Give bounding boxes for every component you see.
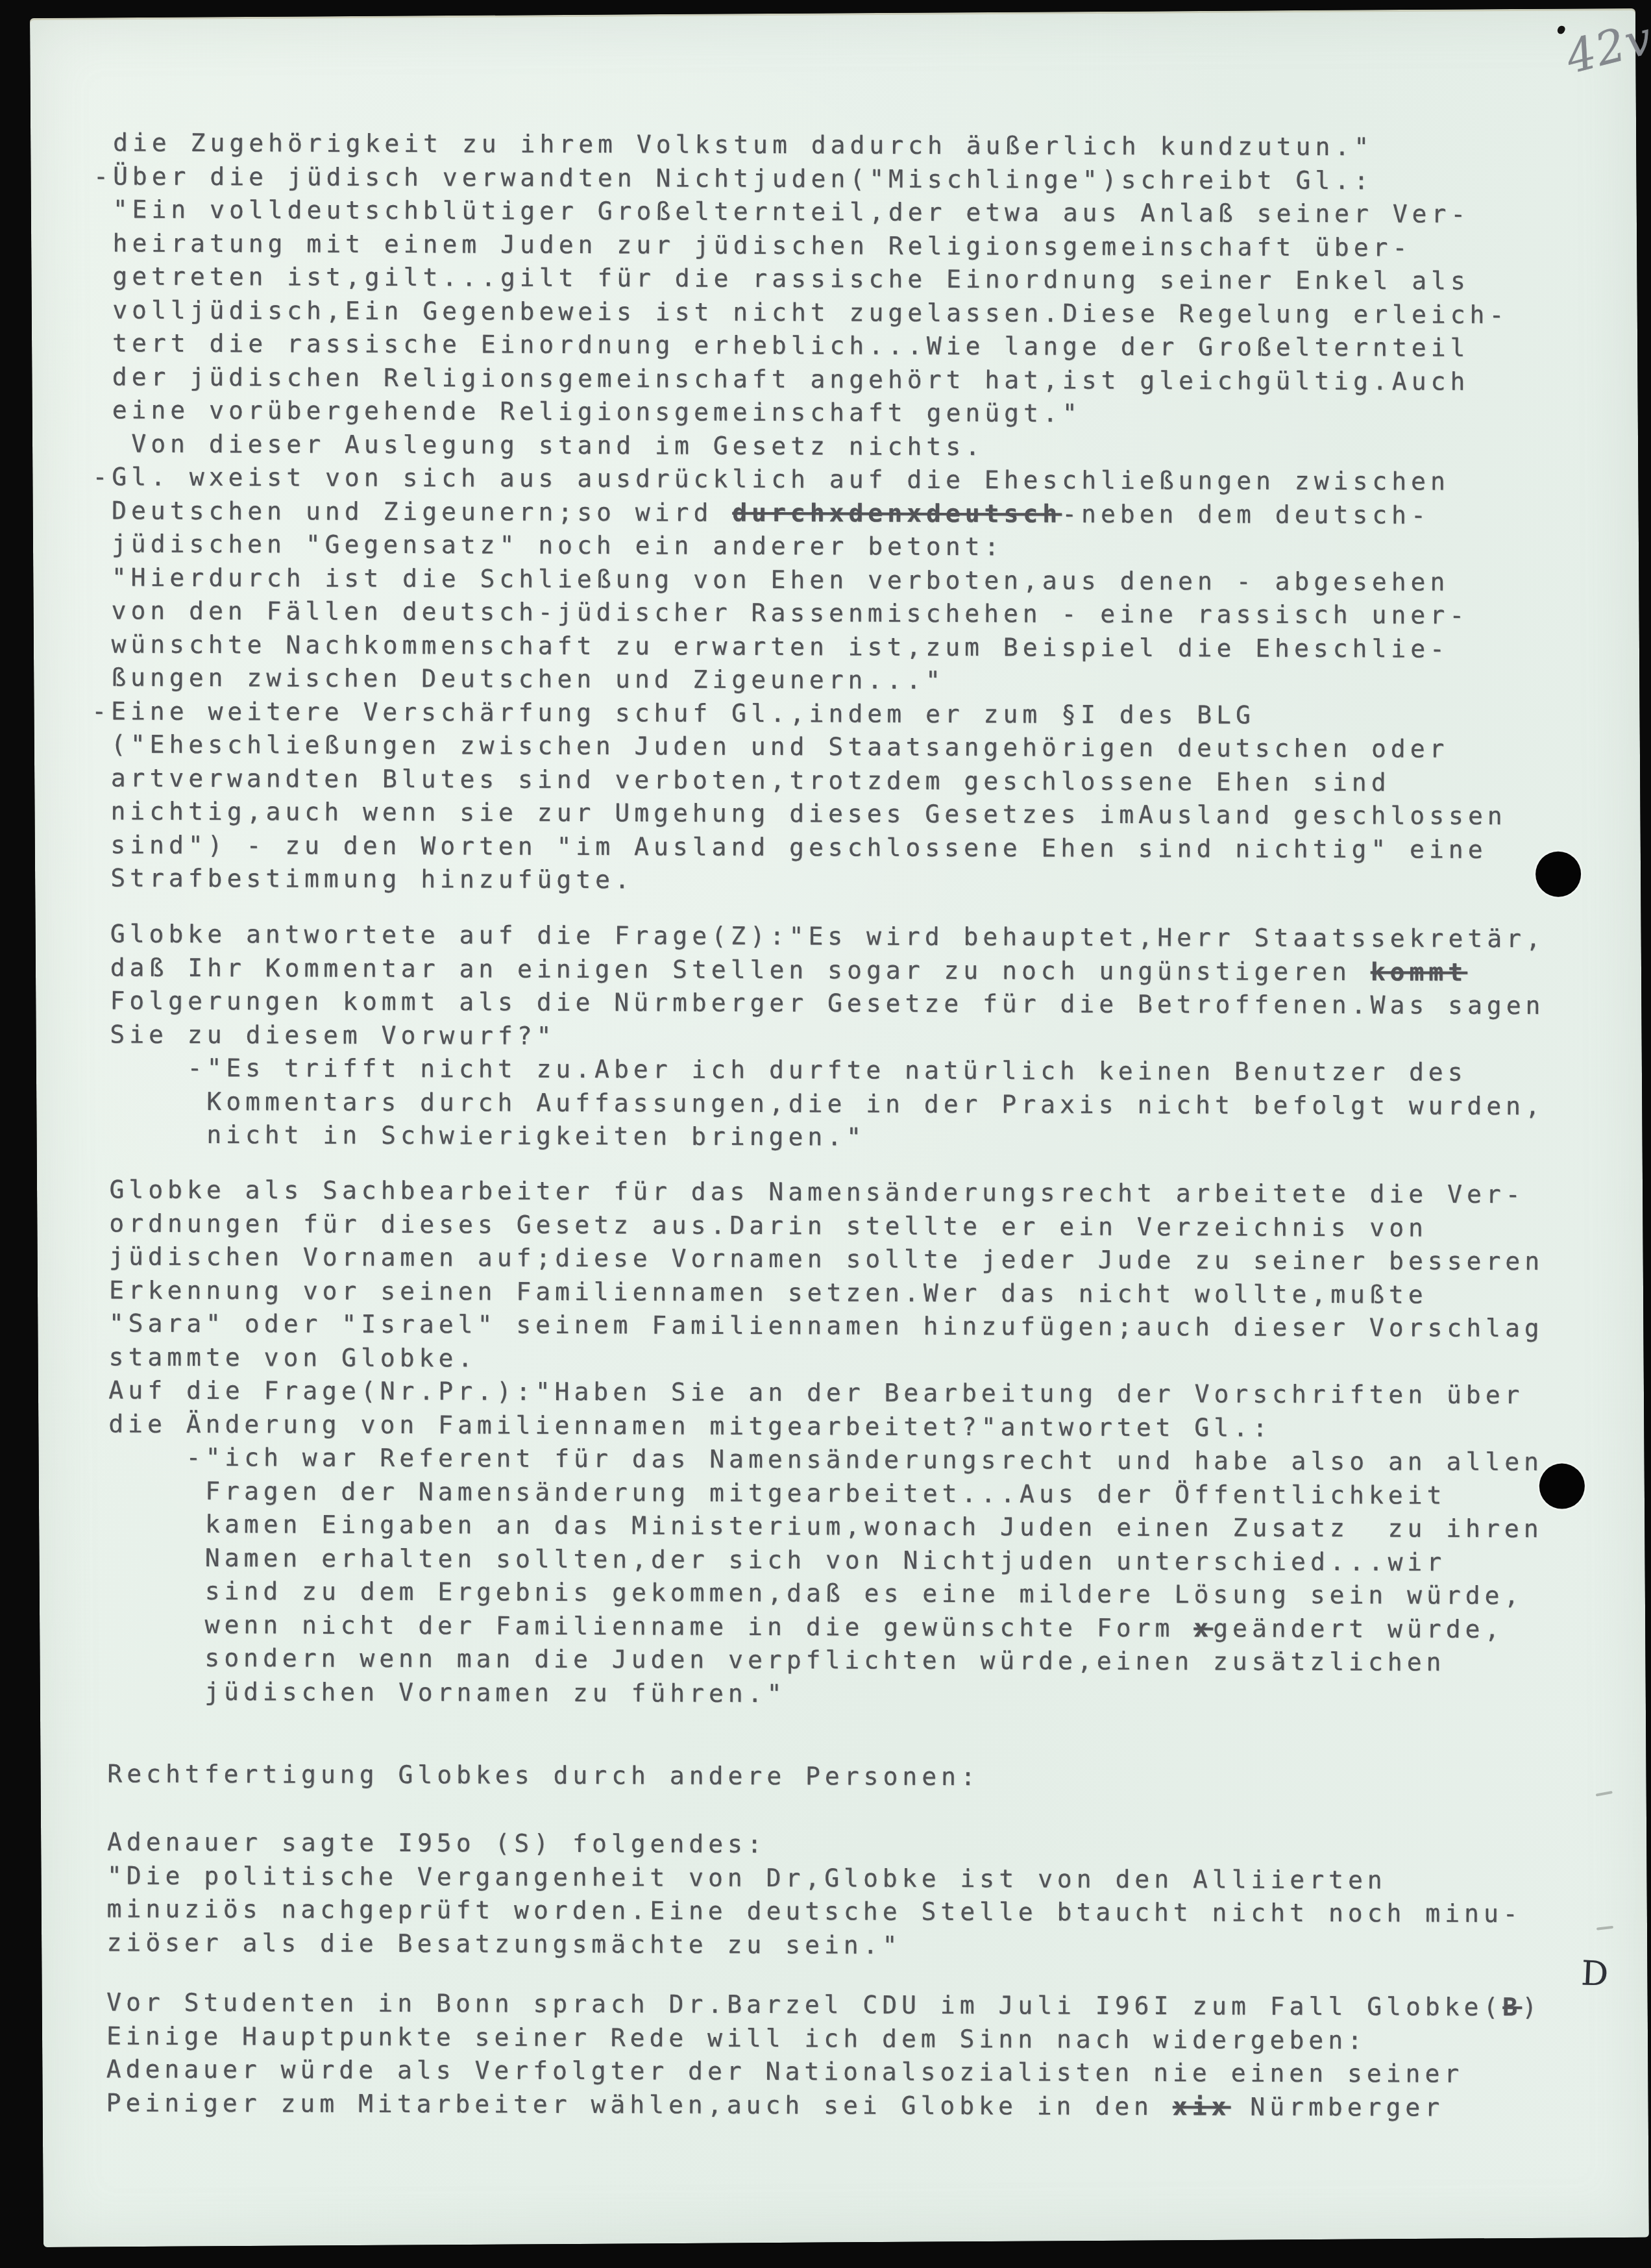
section-heading: Rechtfertigung Globkes durch andere Pers… — [88, 1757, 980, 1793]
typed-text: -"Es trifft nicht zu.Aber ich durfte nat… — [90, 1053, 1467, 1086]
typed-text: Strafbestimmung hinzufügte. — [91, 863, 634, 894]
typed-text: ) — [1522, 1993, 1541, 2021]
typed-line: die Zugehörigkeit zu ihrem Volkstum dadu… — [93, 126, 1509, 164]
typed-line: die Änderung von Familiennamen mitgearbe… — [89, 1407, 1543, 1446]
typed-text: jüdischen Vornamen auf;diese Vornamen so… — [90, 1242, 1544, 1276]
typed-line: jüdischen "Gegensatz" noch ein anderer b… — [92, 527, 1508, 565]
typed-line: Strafbestimmung hinzufügte. — [91, 861, 1506, 900]
struck-text: B — [1502, 1993, 1522, 2021]
punch-hole — [1535, 851, 1581, 896]
typed-line: Adenauer sagte I95o (S) folgendes: — [88, 1825, 1523, 1864]
typed-text: volljüdisch,Ein Gegenbeweis ist nicht zu… — [93, 295, 1508, 329]
typed-line: sind") - zu den Worten "im Ausland gesch… — [91, 828, 1506, 867]
typed-text: geändert würde, — [1213, 1614, 1504, 1644]
typed-line: Fragen der Namensänderung mitgearbeitet.… — [89, 1474, 1543, 1512]
typed-line: tert die rassische Einordnung erheblich.… — [93, 327, 1508, 365]
typed-text: kamen Eingaben an das Ministerium,wonach… — [89, 1509, 1543, 1543]
typed-text: Deutschen und Zigeunern;so wird — [92, 496, 732, 526]
typed-line: volljüdisch,Ein Gegenbeweis ist nicht zu… — [93, 293, 1508, 332]
struck-text: xix — [1173, 2092, 1231, 2121]
typed-line: -"Es trifft nicht zu.Aber ich durfte nat… — [90, 1051, 1545, 1089]
typed-line: jüdischen Vornamen zu führen." — [88, 1675, 1543, 1713]
typed-text: ordnungen für dieses Gesetz aus.Darin st… — [90, 1209, 1428, 1242]
typed-text: Globke als Sachbearbeiter für das Namens… — [90, 1175, 1525, 1209]
typed-line: "Sara" oder "Israel" seinem Familienname… — [90, 1307, 1544, 1345]
typed-line: stammte von Globke. — [90, 1340, 1544, 1379]
typed-line: sondern wenn man die Juden verpflichten … — [88, 1641, 1543, 1679]
typed-text: Fragen der Namensänderung mitgearbeitet.… — [89, 1476, 1447, 1509]
typed-line: Peiniger zum Mitarbeiter wählen,auch sei… — [87, 2086, 1541, 2125]
typed-line: Kommentars durch Auffassungen,die in der… — [90, 1085, 1545, 1123]
typed-text: der jüdischen Religionsgemeinschaft ange… — [93, 362, 1469, 395]
typed-text: Von dieser Auslegung stand im Gesetz nic… — [93, 429, 985, 461]
typed-line: sind zu dem Ergebnis gekommen,daß es ein… — [88, 1574, 1543, 1612]
handwritten-correction-d: D — [1580, 1954, 1609, 1994]
typed-line: minuziös nachgeprüft worden.Eine deutsch… — [88, 1892, 1523, 1930]
typed-text: jüdischen "Gegensatz" noch ein anderer b… — [92, 529, 1003, 561]
typed-text: "Die politische Vergangenheit von Dr,Glo… — [88, 1861, 1387, 1894]
typed-line: von den Fällen deutsch-jüdischer Rassenm… — [92, 594, 1508, 632]
typed-line: Folgerungen kommt als die Nürmberger Ges… — [91, 984, 1545, 1022]
typed-text: von den Fällen deutsch-jüdischer Rassenm… — [92, 596, 1469, 629]
punch-hole — [1539, 1463, 1585, 1509]
struck-text: durchxdenxdeutsch — [732, 498, 1062, 528]
typed-text: Rechtfertigung Globkes durch andere Pers… — [88, 1759, 980, 1791]
typed-line: nicht in Schwierigkeiten bringen." — [90, 1118, 1545, 1156]
typed-line: -Über die jüdisch verwandten Nichtjuden(… — [93, 160, 1509, 198]
typed-line: -"ich war Referent für das Namensänderun… — [89, 1440, 1543, 1479]
typed-text: -"ich war Referent für das Namensänderun… — [89, 1442, 1543, 1476]
struck-text: kommt — [1371, 957, 1468, 987]
typed-line: jüdischen Vornamen auf;diese Vornamen so… — [90, 1240, 1544, 1278]
typed-text: ("Eheschließungen zwischen Juden und Sta… — [92, 730, 1449, 763]
scan-background: 42v die Zugehörigkeit zu ihrem Volkstum … — [0, 0, 1651, 2268]
typed-line: -Eine weitere Verschärfung schuf Gl.,ind… — [92, 695, 1507, 733]
typed-text: sondern wenn man die Juden verpflichten … — [88, 1643, 1446, 1676]
typed-text: sind zu dem Ergebnis gekommen,daß es ein… — [88, 1576, 1523, 1610]
typed-text: Globke antwortete auf die Frage(Z):"Es w… — [91, 919, 1545, 953]
paragraph-nuremberg-commentary: die Zugehörigkeit zu ihrem Volkstum dadu… — [91, 126, 1509, 900]
typewritten-text-layer: die Zugehörigkeit zu ihrem Volkstum dadu… — [86, 18, 1637, 2252]
typed-line: eine vorübergehende Religionsgemeinschaf… — [93, 393, 1508, 432]
struck-text: x — [1193, 1614, 1213, 1642]
typed-line: daß Ihr Kommentar an einigen Stellen sog… — [91, 951, 1545, 989]
typed-text: Vor Studenten in Bonn sprach Dr.Barzel C… — [87, 1988, 1502, 2021]
typed-text: minuziös nachgeprüft worden.Eine deutsch… — [88, 1894, 1523, 1928]
typed-line: -Gl. wxeist von sich aus ausdrücklich au… — [92, 460, 1508, 499]
typed-text: die Änderung von Familiennamen mitgearbe… — [89, 1409, 1272, 1442]
typed-line: Adenauer würde als Verfolgter der Nation… — [87, 2052, 1541, 2091]
typed-line: kamen Eingaben an das Ministerium,wonach… — [89, 1507, 1543, 1546]
typed-line: "Hierdurch ist die Schließung von Ehen v… — [92, 561, 1508, 599]
typed-text: Adenauer würde als Verfolgter der Nation… — [87, 2054, 1463, 2088]
typed-line: Auf die Frage(Nr.Pr.):"Haben Sie an der … — [89, 1374, 1543, 1412]
typed-text: daß Ihr Kommentar an einigen Stellen sog… — [91, 953, 1371, 986]
typed-line: Einige Hauptpunkte seiner Rede will ich … — [87, 2019, 1541, 2058]
typed-text: jüdischen Vornamen zu führen." — [88, 1677, 787, 1708]
typed-text: nichtig,auch wenn sie zur Umgehung diese… — [92, 796, 1507, 830]
typed-text: nicht in Schwierigkeiten bringen." — [90, 1120, 866, 1151]
typed-line: Von dieser Auslegung stand im Gesetz nic… — [93, 427, 1508, 465]
typed-line: Rechtfertigung Globkes durch andere Pers… — [88, 1757, 980, 1793]
typed-text: wenn nicht der Familienname in die gewün… — [88, 1610, 1193, 1642]
typed-line: nichtig,auch wenn sie zur Umgehung diese… — [92, 795, 1507, 833]
paragraph-name-change-law: Globke als Sachbearbeiter für das Namens… — [88, 1173, 1545, 1713]
typed-text: ziöser als die Besatzungsmächte zu sein.… — [87, 1928, 901, 1959]
typed-line: der jüdischen Religionsgemeinschaft ange… — [93, 360, 1508, 399]
typed-text: Namen erhalten sollten,der sich von Nich… — [89, 1543, 1447, 1576]
typed-text: "Hierdurch ist die Schließung von Ehen v… — [92, 563, 1450, 596]
typed-text: eine vorübergehende Religionsgemeinschaf… — [93, 395, 1082, 427]
typed-line: Globke als Sachbearbeiter für das Namens… — [90, 1173, 1545, 1211]
typed-line: heiratung mit einem Juden zur jüdischen … — [93, 227, 1509, 265]
typed-text: Sie zu diesem Vorwurf?" — [90, 1020, 556, 1050]
typed-text: tert die rassische Einordnung erheblich.… — [93, 328, 1469, 362]
typed-line: ziöser als die Besatzungsmächte zu sein.… — [87, 1926, 1522, 1964]
typed-text: -Über die jüdisch verwandten Nichtjuden(… — [93, 162, 1373, 195]
typed-text: "Sara" oder "Israel" seinem Familienname… — [90, 1309, 1544, 1342]
typed-line: Sie zu diesem Vorwurf?" — [90, 1018, 1545, 1056]
typed-text: Erkennung vor seinen Familiennamen setze… — [90, 1276, 1428, 1309]
typed-text: stammte von Globke. — [90, 1342, 478, 1372]
typed-text: Nürmberger — [1230, 2092, 1444, 2121]
typed-text: -Gl. wxeist von sich aus ausdrücklich au… — [92, 462, 1450, 495]
typed-line: "Die politische Vergangenheit von Dr,Glo… — [88, 1859, 1523, 1897]
typed-text: Folgerungen kommt als die Nürmberger Ges… — [91, 986, 1545, 1020]
typed-line: ordnungen für dieses Gesetz aus.Darin st… — [90, 1207, 1544, 1245]
typed-text: Kommentars durch Auffassungen,die in der… — [90, 1087, 1545, 1120]
typed-line: ßungen zwischen Deutschen und Zigeunern.… — [92, 661, 1507, 699]
typed-text: die Zugehörigkeit zu ihrem Volkstum dadu… — [93, 128, 1373, 161]
paragraph-adenauer-quote: Adenauer sagte I95o (S) folgendes: "Die … — [87, 1825, 1523, 1964]
typed-text: Adenauer sagte I95o (S) folgendes: — [88, 1827, 766, 1858]
typed-line: Deutschen und Zigeunern;so wird durchxde… — [92, 494, 1508, 532]
typed-line: wünschte Nachkommenschaft zu erwarten is… — [92, 628, 1507, 666]
typed-line: Globke antwortete auf die Frage(Z):"Es w… — [91, 917, 1545, 955]
typed-text: "Ein volldeutschblütiger Großelternteil,… — [93, 195, 1470, 228]
typed-line: wenn nicht der Familienname in die gewün… — [88, 1608, 1543, 1646]
typed-line: getreten ist,gilt...gilt für die rassisc… — [93, 260, 1508, 298]
typed-line: ("Eheschließungen zwischen Juden und Sta… — [92, 728, 1507, 766]
typed-text: -neben dem deutsch- — [1062, 499, 1430, 529]
typed-line: Namen erhalten sollten,der sich von Nich… — [89, 1541, 1543, 1579]
typed-text: heiratung mit einem Juden zur jüdischen … — [93, 228, 1412, 262]
typed-line: Erkennung vor seinen Familiennamen setze… — [90, 1274, 1544, 1312]
typed-text: wünschte Nachkommenschaft zu erwarten is… — [92, 630, 1449, 663]
typed-text: getreten ist,gilt...gilt für die rassisc… — [93, 262, 1469, 295]
paragraph-globke-interview: Globke antwortete auf die Frage(Z):"Es w… — [90, 917, 1545, 1156]
typed-text: Peiniger zum Mitarbeiter wählen,auch sei… — [87, 2088, 1173, 2121]
typed-text: Auf die Frage(Nr.Pr.):"Haben Sie an der … — [89, 1375, 1524, 1409]
typed-text: -Eine weitere Verschärfung schuf Gl.,ind… — [92, 696, 1255, 729]
paragraph-barzel-speech: Vor Studenten in Bonn sprach Dr.Barzel C… — [87, 1986, 1542, 2125]
typed-text: Einige Hauptpunkte seiner Rede will ich … — [87, 2021, 1367, 2054]
typed-text: sind") - zu den Worten "im Ausland gesch… — [91, 830, 1487, 864]
typed-line: Vor Studenten in Bonn sprach Dr.Barzel C… — [87, 1986, 1541, 2024]
typed-line: artverwandten Blutes sind verboten,trotz… — [92, 761, 1507, 800]
typed-line: "Ein volldeutschblütiger Großelternteil,… — [93, 193, 1509, 231]
typed-text: artverwandten Blutes sind verboten,trotz… — [92, 763, 1391, 796]
document-page: 42v die Zugehörigkeit zu ihrem Volkstum … — [30, 8, 1649, 2247]
typed-text: ßungen zwischen Deutschen und Zigeunern.… — [92, 663, 945, 695]
